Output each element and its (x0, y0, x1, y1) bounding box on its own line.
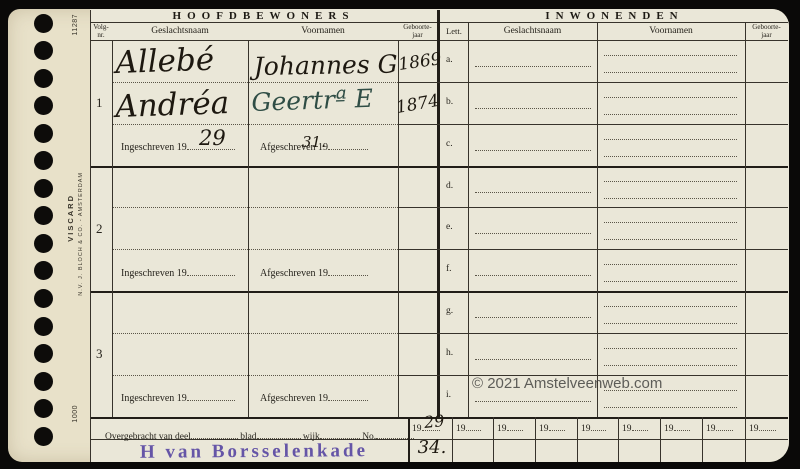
address-stamp: H van Borsselenkade (115, 440, 393, 462)
footer-year-cell: 19 (664, 421, 698, 434)
inwonenden-voornamen-ruling (604, 114, 737, 115)
col-header-voornamen-right: Voornamen (597, 26, 745, 36)
inwonenden-row-label: g. (446, 306, 466, 316)
left-voornamen-col-rule (248, 40, 249, 417)
serial-number-bottom: 1000 (72, 405, 79, 423)
col-header-geboortejaar-left-line2: jaar (412, 31, 423, 39)
year-prefix: 19 (706, 424, 716, 434)
dotted-leader (632, 421, 648, 431)
handwriting-ingeschreven-year: 29 (199, 126, 226, 150)
col-header-volgnr: Volg- nr. (90, 23, 112, 39)
footer-cell-rule (408, 417, 410, 462)
handwriting-surname-2: Andréa (115, 85, 230, 125)
punch-hole (34, 151, 53, 170)
inwonenden-voornamen-ruling (604, 72, 737, 73)
inwonenden-voornamen-ruling (604, 323, 737, 324)
punch-hole (34, 372, 53, 391)
footer-cell-rule (577, 417, 578, 462)
inwonenden-row-label: d. (446, 181, 466, 191)
footer-cell-rule (618, 417, 619, 462)
inwonenden-geslachtsnaam-ruling (475, 192, 591, 193)
footer-cell-rule (745, 417, 746, 462)
frame-left-rule (90, 10, 91, 462)
year-prefix: 19 (622, 424, 632, 434)
handwriting-afgeschreven-year: 31. (302, 133, 326, 151)
col-header-voornamen-left: Voornamen (248, 26, 398, 36)
inwonenden-voornamen-ruling (604, 348, 737, 349)
inwonenden-voornamen-ruling (604, 264, 737, 265)
inwonenden-row-separator (398, 82, 788, 83)
footer-cell-rule (452, 417, 453, 462)
punch-hole (34, 399, 53, 418)
inwonenden-geslachtsnaam-ruling (475, 359, 591, 360)
punch-hole (34, 234, 53, 253)
section-title-inwonenden: INWONENDEN (441, 10, 788, 22)
inwonenden-voornamen-ruling (604, 306, 737, 307)
dotted-leader (422, 421, 440, 431)
footer-year-cell: 19 (706, 421, 741, 434)
footer-year-cell: 19 (622, 421, 656, 434)
inwonenden-geslachtsnaam-ruling (475, 275, 591, 276)
dotted-leader (507, 421, 523, 431)
name-ruling-dotted (113, 124, 398, 125)
dotted-leader (549, 421, 565, 431)
punch-hole (34, 289, 53, 308)
footer-year-cell: 19 (456, 421, 489, 434)
inwonenden-row-label: a. (446, 55, 466, 65)
center-divider-rule (437, 10, 440, 417)
inwonenden-voornamen-ruling (604, 365, 737, 366)
inwonenden-row-separator (398, 333, 788, 334)
inwonenden-voornamen-ruling (604, 198, 737, 199)
col-header-geslachtsnaam-left: Geslachtsnaam (112, 26, 248, 36)
inwonenden-row-label: i. (446, 390, 466, 400)
col-header-volgnr-line2: nr. (97, 31, 104, 39)
name-ruling-dotted (113, 333, 398, 334)
year-prefix: 19 (412, 424, 422, 434)
punch-hole (34, 69, 53, 88)
footer-year-cell: 19 (581, 421, 614, 434)
ingeschreven-label-2: Ingeschreven 19 (121, 266, 235, 279)
punch-hole (34, 179, 53, 198)
col-header-lett: Lett. (440, 26, 468, 36)
volgnr-3: 3 (96, 346, 103, 362)
name-ruling-dotted (113, 207, 398, 208)
inwonenden-geslachtsnaam-ruling (475, 401, 591, 402)
printer-company: N.V. J. BLOCH & CO. - AMSTERDAM (78, 172, 84, 296)
year-prefix: 19 (664, 424, 674, 434)
inwonenden-geslachtsnaam-ruling (475, 150, 591, 151)
col-header-geboortejaar-right-line2: jaar (761, 31, 772, 39)
punch-hole (34, 427, 53, 446)
year-prefix: 19 (749, 424, 759, 434)
inwonenden-row-separator (398, 207, 788, 208)
punch-hole (34, 41, 53, 60)
register-card: 11287 VISCARD N.V. J. BLOCH & CO. - AMST… (8, 9, 789, 462)
handwriting-firstname-1: Johannes G (253, 49, 397, 81)
inwonenden-row-label: c. (446, 139, 466, 149)
printer-brand: VISCARD (66, 194, 75, 242)
footer-cell-rule (535, 417, 536, 462)
col-header-volgnr-line1: Volg- (93, 23, 108, 31)
volgnr-1: 1 (96, 95, 103, 111)
dotted-leader (466, 421, 481, 431)
handwriting-house-number: 34. (414, 437, 450, 458)
inwonenden-row-label: e. (446, 222, 466, 232)
footer-cell-rule (493, 417, 494, 462)
afgeschreven-label-2: Afgeschreven 19 (260, 266, 368, 279)
col-header-geboortejaar-right-line1: Geboorte- (752, 23, 780, 31)
inwonenden-voornamen-ruling (604, 390, 737, 391)
year-prefix: 19 (581, 424, 591, 434)
inwonenden-geslachtsnaam-ruling (475, 233, 591, 234)
punch-hole (34, 261, 53, 280)
footer-cell-rule (660, 417, 661, 462)
scanned-register-card-page: 11287 VISCARD N.V. J. BLOCH & CO. - AMST… (0, 0, 800, 469)
inwonenden-voornamen-ruling (604, 181, 737, 182)
punch-hole (34, 14, 53, 33)
dotted-leader (591, 421, 606, 431)
punch-hole (34, 124, 53, 143)
inwonenden-row-label: h. (446, 348, 466, 358)
inwonenden-geslachtsnaam-ruling (475, 66, 591, 67)
dotted-leader (759, 421, 776, 431)
inwonenden-voornamen-ruling (604, 156, 737, 157)
inwonenden-voornamen-ruling (604, 407, 737, 408)
inwonenden-voornamen-ruling (604, 139, 737, 140)
punch-hole (34, 317, 53, 336)
footer-cell-rule (702, 417, 703, 462)
inwonenden-voornamen-ruling (604, 281, 737, 282)
inwonenden-voornamen-ruling (604, 222, 737, 223)
punch-hole (34, 206, 53, 225)
col-header-geboortejaar-left-line1: Geboorte- (403, 23, 431, 31)
punch-hole (34, 96, 53, 115)
volgnr-col-rule (112, 40, 113, 417)
ingeschreven-label-3: Ingeschreven 19 (121, 391, 235, 404)
overgebracht-label: Overgebracht van deel (105, 432, 191, 442)
section-title-hoofdbewoners: HOOFDBEWONERS (90, 10, 437, 22)
name-ruling-dotted (113, 375, 398, 376)
inwonenden-row-separator (398, 375, 788, 376)
handwriting-firstname-2: Geertrª E (251, 84, 374, 117)
year-prefix: 19 (497, 424, 507, 434)
inwonenden-geslachtsnaam-ruling (475, 108, 591, 109)
name-ruling-dotted (113, 82, 398, 83)
col-header-geboortejaar-right: Geboorte- jaar (745, 23, 788, 39)
inwonenden-row-separator (398, 249, 788, 250)
afgeschreven-label-3: Afgeschreven 19 (260, 391, 368, 404)
inwonenden-voornamen-ruling (604, 239, 737, 240)
inwonenden-voornamen-ruling (604, 97, 737, 98)
footer-year-cell: 19 (412, 421, 448, 434)
name-ruling-dotted (113, 249, 398, 250)
dotted-leader (716, 421, 733, 431)
punch-hole (34, 344, 53, 363)
inwonenden-row-label: b. (446, 97, 466, 107)
footer-year-cell: 19 (539, 421, 573, 434)
serial-number-top: 11287 (72, 14, 79, 35)
dotted-leader (674, 421, 690, 431)
inwonenden-row-label: f. (446, 264, 466, 274)
year-prefix: 19 (456, 424, 466, 434)
year-prefix: 19 (539, 424, 549, 434)
col-header-geboortejaar-left: Geboorte- jaar (398, 23, 437, 39)
volgnr-2: 2 (96, 221, 103, 237)
col-header-geslachtsnaam-right: Geslachtsnaam (468, 26, 597, 36)
inwonenden-voornamen-ruling (604, 55, 737, 56)
inwonenden-geslachtsnaam-ruling (475, 317, 591, 318)
handwriting-surname-1: Allebé (115, 42, 215, 81)
footer-year-cell: 19 (497, 421, 531, 434)
footer-year-cell: 19 (749, 421, 784, 434)
inwonenden-row-separator (398, 124, 788, 125)
